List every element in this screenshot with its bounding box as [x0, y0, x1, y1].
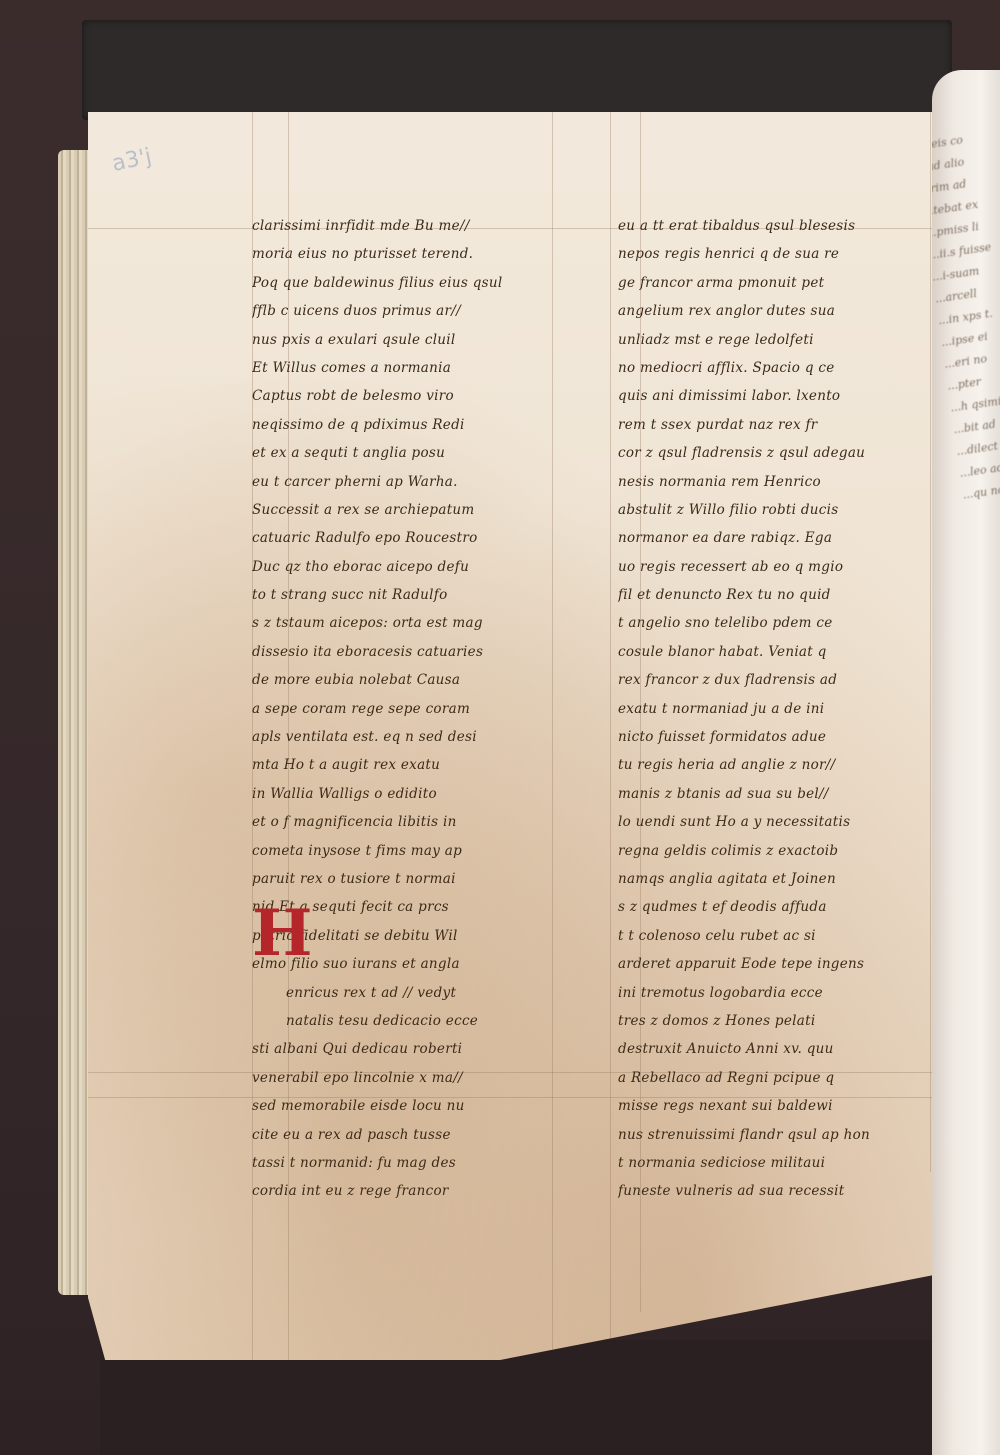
- left-text-column: clarissimi inrfidit mde Bu me// moria ei…: [252, 212, 582, 1206]
- text-line: nesis normania rem Henrico: [618, 468, 938, 496]
- text-line: clarissimi inrfidit mde Bu me//: [252, 212, 582, 240]
- text-line: nus strenuissimi flandr qsul ap hon: [618, 1121, 938, 1149]
- text-line: abstulit z Willo filio robti ducis: [618, 496, 938, 524]
- text-line: misse regs nexant sui baldewi: [618, 1092, 938, 1120]
- text-line: rem t ssex purdat naz rex fr: [618, 411, 938, 439]
- text-line: in Wallia Walligs o edidito: [252, 780, 582, 808]
- text-line: fil et denuncto Rex tu no quid: [618, 581, 938, 609]
- text-line: tassi t normanid: fu mag des: [252, 1149, 582, 1177]
- text-line: apls ventilata est. eq n sed desi: [252, 723, 582, 751]
- text-line: sed memorabile eisde locu nu: [252, 1092, 582, 1120]
- text-line: neqissimo de q pdiximus Redi: [252, 411, 582, 439]
- text-line: Successit a rex se archiepatum: [252, 496, 582, 524]
- text-line: destruxit Anuicto Anni xv. quu: [618, 1035, 938, 1063]
- text-line: cordia int eu z rege francor: [252, 1177, 582, 1205]
- text-line: unliadz mst e rege ledolfeti: [618, 326, 938, 354]
- text-line: paruit rex o tusiore t normai: [252, 865, 582, 893]
- text-line: namqs anglia agitata et Joinen: [618, 865, 938, 893]
- text-line: dissesio ita eboracesis catuaries: [252, 638, 582, 666]
- text-line: normanor ea dare rabiqz. Ega: [618, 524, 938, 552]
- text-line: t t colenoso celu rubet ac si: [618, 922, 938, 950]
- text-line: tu regis heria ad anglie z nor//: [618, 751, 938, 779]
- text-line: tres z domos z Hones pelati: [618, 1007, 938, 1035]
- text-line: nepos regis henrici q de sua re: [618, 240, 938, 268]
- text-line: ge francor arma pmonuit pet: [618, 269, 938, 297]
- text-line: moria eius no pturisset terend.: [252, 240, 582, 268]
- text-line: venerabil epo lincolnie x ma//: [252, 1064, 582, 1092]
- text-line: manis z btanis ad sua su bel//: [618, 780, 938, 808]
- facing-page-curl: ...deis co ...ad alio ...rim ad ...tebat…: [932, 70, 1000, 1455]
- text-line: Poq que baldewinus filius eius qsul: [252, 269, 582, 297]
- text-line: catuaric Radulfo epo Roucestro: [252, 524, 582, 552]
- text-line: ini tremotus logobardia ecce: [618, 979, 938, 1007]
- text-line: lo uendi sunt Ho a y necessitatis: [618, 808, 938, 836]
- text-line: eu a tt erat tibaldus qsul blesesis: [618, 212, 938, 240]
- felt-book-support: [82, 20, 952, 120]
- text-line: quis ani dimissimi labor. lxento: [618, 382, 938, 410]
- text-line: natalis tesu dedicacio ecce: [252, 1007, 582, 1035]
- text-line: rex francor z dux fladrensis ad: [618, 666, 938, 694]
- text-line: cite eu a rex ad pasch tusse: [252, 1121, 582, 1149]
- text-line: t normania sediciose militaui: [618, 1149, 938, 1177]
- text-line: Duc qz tho eborac aicepo defu: [252, 553, 582, 581]
- text-line: eu t carcer pherni ap Warha.: [252, 468, 582, 496]
- text-line: t angelio sno telelibo pdem ce: [618, 609, 938, 637]
- text-line: enricus rex t ad // vedyt: [252, 979, 582, 1007]
- text-line: funeste vulneris ad sua recessit: [618, 1177, 938, 1205]
- text-line: de more eubia nolebat Causa: [252, 666, 582, 694]
- text-line: Captus robt de belesmo viro: [252, 382, 582, 410]
- text-line: cosule blanor habat. Veniat q: [618, 638, 938, 666]
- text-line: mta Ho t a augit rex exatu: [252, 751, 582, 779]
- text-line: Et Willus comes a normania: [252, 354, 582, 382]
- rubricated-initial-h: H: [252, 902, 312, 966]
- text-line: nus pxis a exulari qsule cluil: [252, 326, 582, 354]
- text-line: to t strang succ nit Radulfo: [252, 581, 582, 609]
- ruling-line: [610, 112, 611, 1360]
- text-line: nicto fuisset formidatos adue: [618, 723, 938, 751]
- text-line: et o f magnificencia libitis in: [252, 808, 582, 836]
- text-line: no mediocri afflix. Spacio q ce: [618, 354, 938, 382]
- text-line: a sepe coram rege sepe coram: [252, 695, 582, 723]
- right-text-column: eu a tt erat tibaldus qsul blesesis nepo…: [618, 212, 938, 1206]
- text-line: exatu t normaniad ju a de ini: [618, 695, 938, 723]
- text-line: a Rebellaco ad Regni pcipue q: [618, 1064, 938, 1092]
- text-line: s z qudmes t ef deodis affuda: [618, 893, 938, 921]
- text-line: cometa inysose t fims may ap: [252, 837, 582, 865]
- text-line: cor z qsul fladrensis z qsul adegau: [618, 439, 938, 467]
- facing-page-text: ...deis co ...ad alio ...rim ad ...tebat…: [932, 127, 1000, 506]
- text-line: sti albani Qui dedicau roberti: [252, 1035, 582, 1063]
- text-line: angelium rex anglor dutes sua: [618, 297, 938, 325]
- text-line: uo regis recessert ab eo q mgio: [618, 553, 938, 581]
- text-line: fflb c uicens duos primus ar//: [252, 297, 582, 325]
- text-line: s z tstaum aicepos: orta est mag: [252, 609, 582, 637]
- text-line: et ex a sequti t anglia posu: [252, 439, 582, 467]
- text-line: arderet apparuit Eode tepe ingens: [618, 950, 938, 978]
- text-line: regna geldis colimis z exactoib: [618, 837, 938, 865]
